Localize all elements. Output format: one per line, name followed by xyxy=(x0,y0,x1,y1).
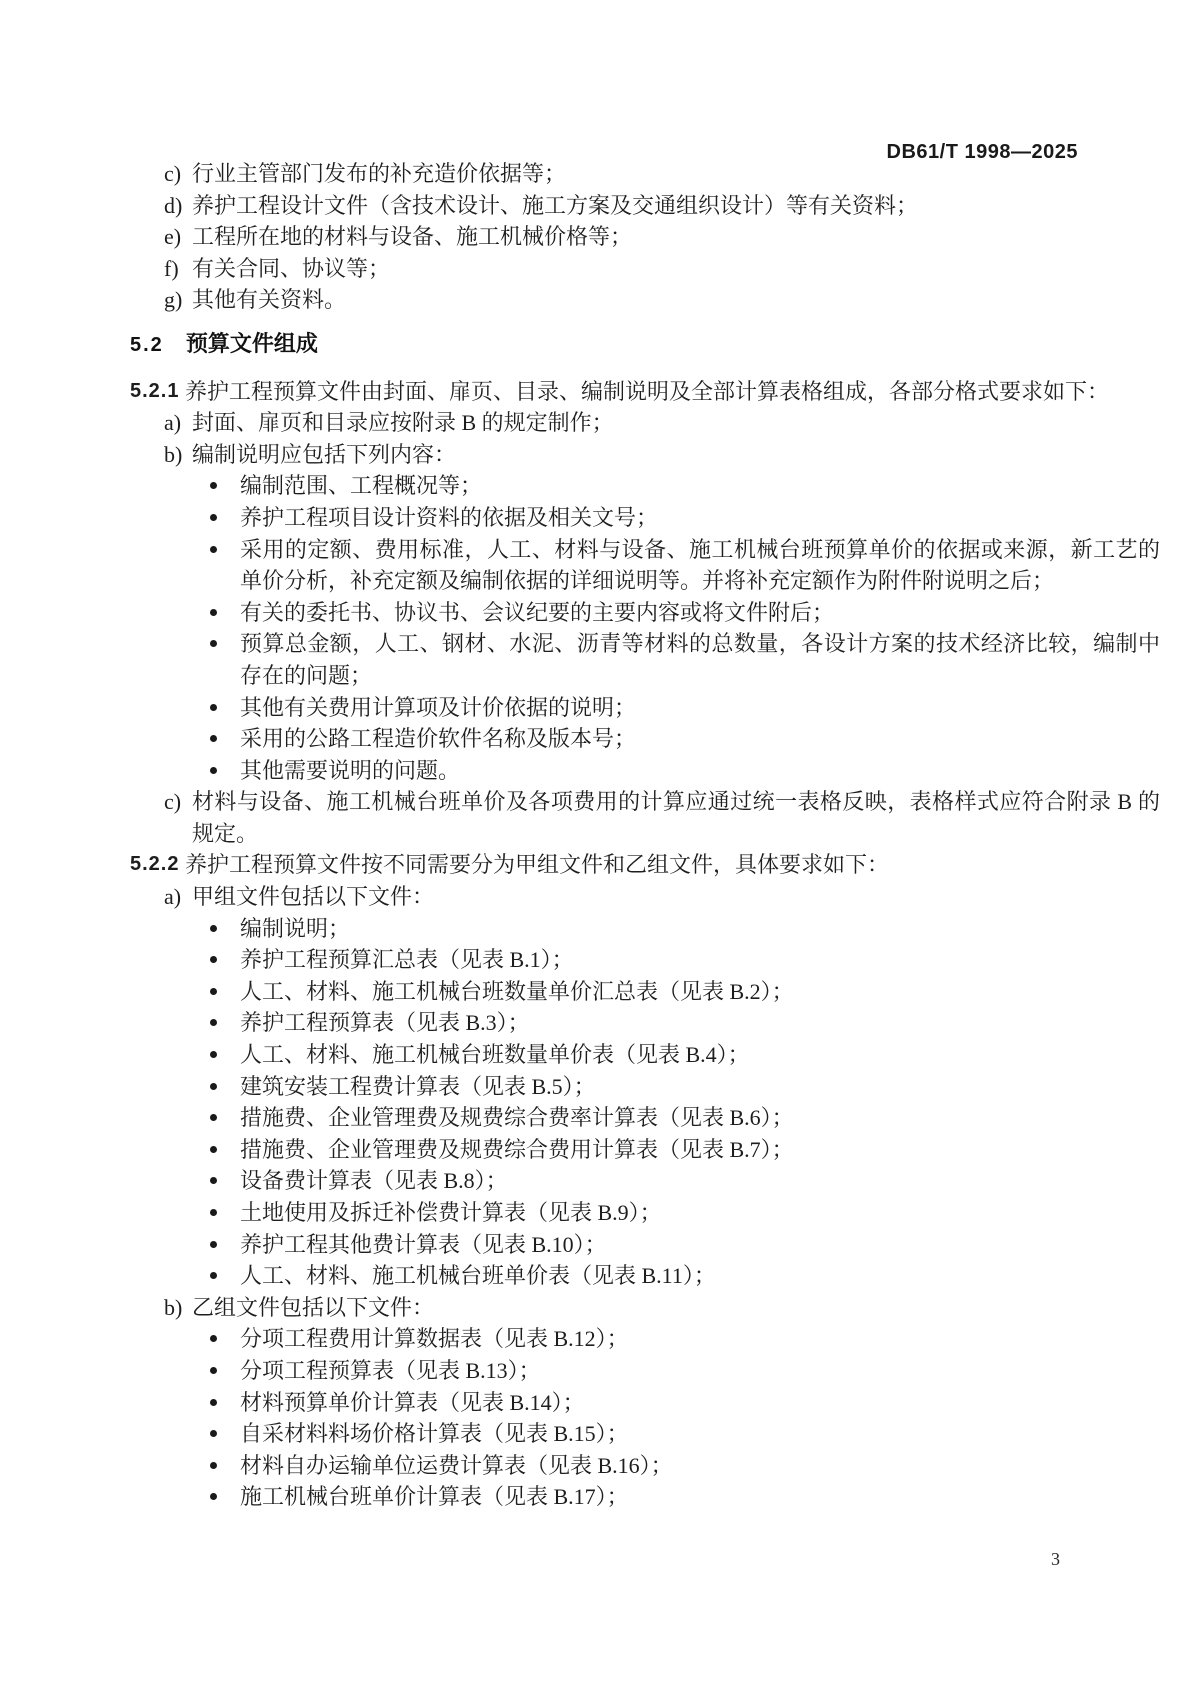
list-item-text: 养护工程设计文件（含技术设计、施工方案及交通组织设计）等有关资料； xyxy=(192,190,1160,222)
list-item-label: g) xyxy=(164,284,192,316)
list-item-text: 分项工程费用计算数据表（见表 B.12）； xyxy=(240,1323,1160,1355)
bullet-icon xyxy=(210,1367,217,1374)
list-item-text: 人工、材料、施工机械台班单价表（见表 B.11）； xyxy=(240,1260,1160,1292)
list-item-text: 自采材料料场价格计算表（见表 B.15）； xyxy=(240,1418,1160,1450)
list-item-text: 封面、扉页和目录应按附录 B 的规定制作； xyxy=(192,407,1160,439)
list-item-text: 施工机械台班单价计算表（见表 B.17）； xyxy=(240,1481,1160,1513)
list-item: f) 有关合同、协议等； xyxy=(130,253,1160,285)
list-item-text: 采用的定额、费用标准，人工、材料与设备、施工机械台班预算单价的依据或来源，新工艺… xyxy=(240,534,1160,597)
list-item-label: c) xyxy=(164,158,192,190)
list-item: 分项工程预算表（见表 B.13）； xyxy=(130,1355,1160,1387)
list-item-text: 编制说明应包括下列内容： xyxy=(192,439,1160,471)
page-number: 3 xyxy=(1051,1544,1060,1576)
list-item: 养护工程预算汇总表（见表 B.1）； xyxy=(130,944,1160,976)
list-item-text: 采用的公路工程造价软件名称及版本号； xyxy=(240,723,1160,755)
list-item-text: 有关的委托书、协议书、会议纪要的主要内容或将文件附后； xyxy=(240,597,1160,629)
list-item: 有关的委托书、协议书、会议纪要的主要内容或将文件附后； xyxy=(130,597,1160,629)
bullet-icon xyxy=(210,1177,217,1184)
list-item: 材料预算单价计算表（见表 B.14）； xyxy=(130,1387,1160,1419)
bullet-icon xyxy=(210,735,217,742)
list-item-text: 材料与设备、施工机械台班单价及各项费用的计算应通过统一表格反映，表格样式应符合附… xyxy=(192,786,1160,849)
bullet-icon xyxy=(210,1114,217,1121)
list-item: b) 编制说明应包括下列内容： xyxy=(130,439,1160,471)
bullet-icon xyxy=(210,1083,217,1090)
clause-number: 5.2.2 xyxy=(130,849,185,881)
list-item-text: 养护工程项目设计资料的依据及相关文号； xyxy=(240,502,1160,534)
list-item: 分项工程费用计算数据表（见表 B.12）； xyxy=(130,1323,1160,1355)
list-item-label: d) xyxy=(164,190,192,222)
bullet-icon xyxy=(210,609,217,616)
list-item-text: 有关合同、协议等； xyxy=(192,253,1160,285)
list-item: a) 封面、扉页和目录应按附录 B 的规定制作； xyxy=(130,407,1160,439)
list-item: 采用的公路工程造价软件名称及版本号； xyxy=(130,723,1160,755)
list-item: 其他有关费用计算项及计价依据的说明； xyxy=(130,692,1160,724)
list-item: 人工、材料、施工机械台班单价表（见表 B.11）； xyxy=(130,1260,1160,1292)
list-item: 其他需要说明的问题。 xyxy=(130,755,1160,787)
list-item-text: 养护工程其他费计算表（见表 B.10）； xyxy=(240,1229,1160,1261)
list-item: 措施费、企业管理费及规费综合费用计算表（见表 B.7）； xyxy=(130,1134,1160,1166)
list-item: 养护工程预算表（见表 B.3）； xyxy=(130,1007,1160,1039)
list-item: 措施费、企业管理费及规费综合费率计算表（见表 B.6）； xyxy=(130,1102,1160,1134)
list-item-text: 甲组文件包括以下文件： xyxy=(192,881,1160,913)
list-item-text: 设备费计算表（见表 B.8）； xyxy=(240,1165,1160,1197)
bullet-icon xyxy=(210,1209,217,1216)
list-item: 人工、材料、施工机械台班数量单价汇总表（见表 B.2）； xyxy=(130,976,1160,1008)
list-item: g) 其他有关资料。 xyxy=(130,284,1160,316)
bullet-icon xyxy=(210,1146,217,1153)
section-number: 5.2 xyxy=(130,334,164,356)
list-item: 设备费计算表（见表 B.8）； xyxy=(130,1165,1160,1197)
list-item: a) 甲组文件包括以下文件： xyxy=(130,881,1160,913)
list-item-text: 建筑安装工程费计算表（见表 B.5）； xyxy=(240,1071,1160,1103)
bullet-icon xyxy=(210,925,217,932)
bullet-icon xyxy=(210,988,217,995)
list-item-text: 人工、材料、施工机械台班数量单价表（见表 B.4）； xyxy=(240,1039,1160,1071)
list-item-text: 土地使用及拆迁补偿费计算表（见表 B.9）； xyxy=(240,1197,1160,1229)
list-item: 预算总金额，人工、钢材、水泥、沥青等材料的总数量，各设计方案的技术经济比较，编制… xyxy=(130,628,1160,691)
section-title: 预算文件组成 xyxy=(186,331,318,356)
list-item: 编制说明； xyxy=(130,913,1160,945)
list-item-text: 人工、材料、施工机械台班数量单价汇总表（见表 B.2）； xyxy=(240,976,1160,1008)
bullet-icon xyxy=(210,1399,217,1406)
list-item: c) 材料与设备、施工机械台班单价及各项费用的计算应通过统一表格反映，表格样式应… xyxy=(130,786,1160,849)
bullet-icon xyxy=(210,1430,217,1437)
bullet-icon xyxy=(210,640,217,647)
list-item: d) 养护工程设计文件（含技术设计、施工方案及交通组织设计）等有关资料； xyxy=(130,190,1160,222)
bullet-icon xyxy=(210,1019,217,1026)
clause-5-2-1: 5.2.1 养护工程预算文件由封面、扉页、目录、编制说明及全部计算表格组成，各部… xyxy=(130,376,1160,408)
clause-number: 5.2.1 xyxy=(130,376,185,408)
document-page: DB61/T 1998—2025 c) 行业主管部门发布的补充造价依据等； d)… xyxy=(0,0,1190,1683)
list-item: 自采材料料场价格计算表（见表 B.15）； xyxy=(130,1418,1160,1450)
list-item-label: a) xyxy=(164,407,192,439)
list-item-text: 其他有关资料。 xyxy=(192,284,1160,316)
list-item: e) 工程所在地的材料与设备、施工机械价格等； xyxy=(130,221,1160,253)
bullet-icon xyxy=(210,704,217,711)
bullet-icon xyxy=(210,546,217,553)
list-item-label: b) xyxy=(164,1292,192,1324)
list-item: 建筑安装工程费计算表（见表 B.5）； xyxy=(130,1071,1160,1103)
list-item: 人工、材料、施工机械台班数量单价表（见表 B.4）； xyxy=(130,1039,1160,1071)
bullet-icon xyxy=(210,514,217,521)
list-item-text: 分项工程预算表（见表 B.13）； xyxy=(240,1355,1160,1387)
list-item-text: 养护工程预算表（见表 B.3）； xyxy=(240,1007,1160,1039)
list-item-label: b) xyxy=(164,439,192,471)
list-item-text: 预算总金额，人工、钢材、水泥、沥青等材料的总数量，各设计方案的技术经济比较，编制… xyxy=(240,628,1160,691)
bullet-icon xyxy=(210,1241,217,1248)
bullet-icon xyxy=(210,1493,217,1500)
list-item-label: e) xyxy=(164,221,192,253)
list-item: 养护工程项目设计资料的依据及相关文号； xyxy=(130,502,1160,534)
list-item-text: 养护工程预算汇总表（见表 B.1）； xyxy=(240,944,1160,976)
list-item: 采用的定额、费用标准，人工、材料与设备、施工机械台班预算单价的依据或来源，新工艺… xyxy=(130,534,1160,597)
bullet-icon xyxy=(210,482,217,489)
list-item-text: 工程所在地的材料与设备、施工机械价格等； xyxy=(192,221,1160,253)
list-item-label: f) xyxy=(164,253,192,285)
list-item-text: 材料自办运输单位运费计算表（见表 B.16）； xyxy=(240,1450,1160,1482)
list-item: 施工机械台班单价计算表（见表 B.17）； xyxy=(130,1481,1160,1513)
list-item: 编制范围、工程概况等； xyxy=(130,470,1160,502)
list-item-text: 措施费、企业管理费及规费综合费用计算表（见表 B.7）； xyxy=(240,1134,1160,1166)
section-heading: 5.2预算文件组成 xyxy=(130,328,1160,362)
list-item-label: a) xyxy=(164,881,192,913)
list-item-text: 其他有关费用计算项及计价依据的说明； xyxy=(240,692,1160,724)
list-item-text: 乙组文件包括以下文件： xyxy=(192,1292,1160,1324)
bullet-icon xyxy=(210,767,217,774)
bullet-icon xyxy=(210,1272,217,1279)
bullet-icon xyxy=(210,1462,217,1469)
list-item: 养护工程其他费计算表（见表 B.10）； xyxy=(130,1229,1160,1261)
list-item-text: 编制说明； xyxy=(240,913,1160,945)
clause-5-2-2: 5.2.2 养护工程预算文件按不同需要分为甲组文件和乙组文件，具体要求如下： xyxy=(130,849,1160,881)
list-item: c) 行业主管部门发布的补充造价依据等； xyxy=(130,158,1160,190)
clause-text: 养护工程预算文件按不同需要分为甲组文件和乙组文件，具体要求如下： xyxy=(185,849,1160,881)
list-item-text: 行业主管部门发布的补充造价依据等； xyxy=(192,158,1160,190)
clause-text: 养护工程预算文件由封面、扉页、目录、编制说明及全部计算表格组成，各部分格式要求如… xyxy=(185,376,1160,408)
list-item: b) 乙组文件包括以下文件： xyxy=(130,1292,1160,1324)
list-item: 土地使用及拆迁补偿费计算表（见表 B.9）； xyxy=(130,1197,1160,1229)
list-item-text: 其他需要说明的问题。 xyxy=(240,755,1160,787)
list-item-label: c) xyxy=(164,786,192,849)
list-item-text: 材料预算单价计算表（见表 B.14）； xyxy=(240,1387,1160,1419)
bullet-icon xyxy=(210,1335,217,1342)
list-item-text: 措施费、企业管理费及规费综合费率计算表（见表 B.6）； xyxy=(240,1102,1160,1134)
list-item-text: 编制范围、工程概况等； xyxy=(240,470,1160,502)
bullet-icon xyxy=(210,1051,217,1058)
list-item: 材料自办运输单位运费计算表（见表 B.16）； xyxy=(130,1450,1160,1482)
bullet-icon xyxy=(210,956,217,963)
page-content: c) 行业主管部门发布的补充造价依据等； d) 养护工程设计文件（含技术设计、施… xyxy=(130,158,1160,1513)
